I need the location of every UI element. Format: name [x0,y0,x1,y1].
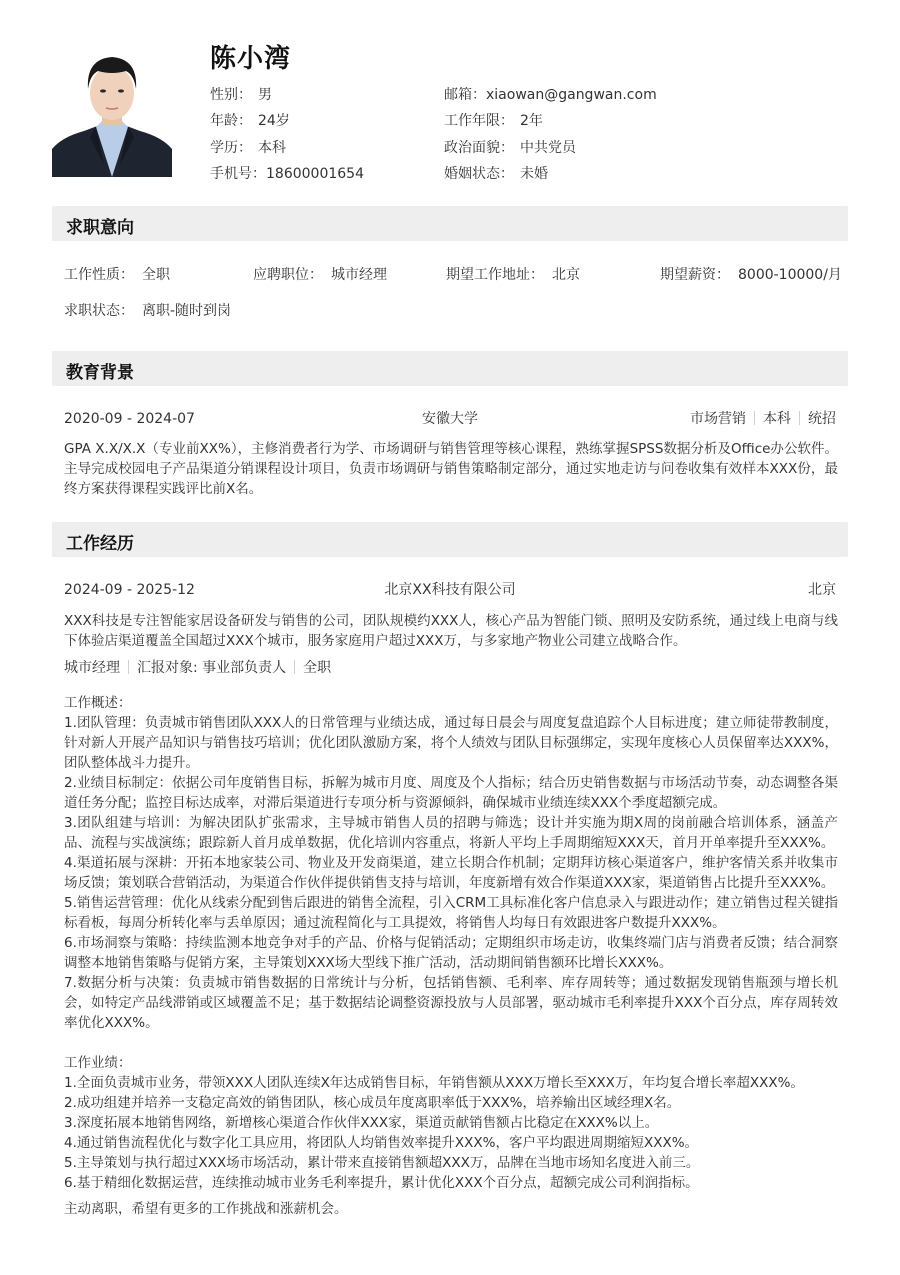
work-report-to: 汇报对象: 事业部负责人 [137,660,286,676]
work-company: 北京XX科技有限公司 [321,580,578,600]
overview-item: 7.数据分析与决策：负责城市销售数据的日常统计与分析，包括销售额、毛利率、库存周… [64,973,838,1033]
intent-value: 全职 [142,267,170,283]
section-header-work: 工作经历 [52,522,848,557]
achievement-item: 3.深度拓展本地销售网络，新增核心渠道合作伙伴XXX家，渠道贡献销售额占比稳定在… [64,1113,838,1133]
intent-status: 求职状态：离职-随时到岗 [64,301,231,321]
achievements-title: 工作业绩： [64,1053,838,1073]
info-label: 手机号： [210,166,266,182]
info-education: 学历：本科 [210,135,364,161]
info-value: 2年 [520,113,543,129]
section-header-education: 教育背景 [52,351,848,386]
divider [294,660,295,674]
education-degree: 本科 [763,411,791,427]
info-value: 未婚 [520,166,548,182]
info-value: 18600001654 [266,166,364,182]
intent-value: 8000-10000/月 [738,267,842,283]
work-employment-type: 全职 [303,660,331,676]
section-title: 求职意向 [66,213,134,238]
spacer [64,1033,838,1053]
basic-info-right: 邮箱：xiaowan@gangwan.com 工作年限：2年 政治面貌：中共党员… [444,82,657,187]
intent-label: 期望工作地址： [446,267,544,283]
info-work-years: 工作年限：2年 [444,108,657,134]
intent-value: 城市经理 [331,267,387,283]
divider [128,660,129,674]
achievement-item: 2.成功组建并培养一支稳定高效的销售团队，核心成员年度离职率低于XXX%，培养输… [64,1093,838,1113]
info-value: 中共党员 [520,140,576,156]
info-value: 男 [258,87,272,103]
info-label: 年龄： [210,113,252,129]
overview-item: 5.销售运营管理：优化从线索分配到售后跟进的销售全流程，引入CRM工具标准化客户… [64,893,838,933]
achievement-item: 4.通过销售流程优化与数字化工具应用，将团队人均销售效率提升XXX%，客户平均跟… [64,1133,838,1153]
education-header-row: 2020-09 - 2024-07 安徽大学 市场营销本科统招 [64,409,836,429]
info-label: 政治面貌： [444,140,514,156]
info-label: 婚姻状态： [444,166,514,182]
intent-label: 期望薪资： [660,267,730,283]
info-age: 年龄：24岁 [210,108,364,134]
company-intro-text: XXX科技是专注智能家居设备研发与销售的公司，团队规模约XXX人，核心产品为智能… [64,611,838,651]
work-tags: 城市经理汇报对象: 事业部负责人全职 [64,658,836,678]
candidate-name: 陈小湾 [210,38,291,75]
overview-item: 2.业绩目标制定：依据公司年度销售目标，拆解为城市月度、周度及个人指标；结合历史… [64,773,838,813]
overview-item: 3.团队组建与培训：为解决团队扩张需求，主导城市销售人员的招聘与筛选；设计并实施… [64,813,838,853]
info-value: 24岁 [258,113,290,129]
work-location: 北京 [579,580,836,600]
education-tags: 市场营销本科统招 [579,409,836,429]
resume-page: 陈小湾 性别：男 年龄：24岁 学历：本科 手机号：18600001654 邮箱… [0,0,900,1275]
info-marital-status: 婚姻状态：未婚 [444,161,657,187]
info-political-status: 政治面貌：中共党员 [444,135,657,161]
achievement-item: 6.基于精细化数据运营，连续推动城市业务毛利率提升，累计优化XXX个百分点，超额… [64,1173,838,1193]
info-label: 工作年限： [444,113,514,129]
intent-salary: 期望薪资：8000-10000/月 [660,265,842,285]
info-phone: 手机号：18600001654 [210,161,364,187]
divider [754,411,755,425]
section-title: 教育背景 [66,358,134,383]
education-period: 2020-09 - 2024-07 [64,409,321,429]
profile-photo [52,45,172,177]
leave-reason: 主动离职，希望有更多的工作挑战和涨薪机会。 [64,1199,838,1219]
intent-row-2: 求职状态：离职-随时到岗 [64,301,836,321]
intent-location: 期望工作地址：北京 [446,265,580,285]
overview-title: 工作概述： [64,693,838,713]
info-label: 邮箱： [444,87,486,103]
info-value: 本科 [258,140,286,156]
intent-label: 应聘职位： [253,267,323,283]
intent-job-type: 工作性质：全职 [64,265,170,285]
section-title: 工作经历 [66,529,134,554]
work-company-intro: XXX科技是专注智能家居设备研发与销售的公司，团队规模约XXX人，核心产品为智能… [64,611,838,651]
avatar-photo-icon [52,45,172,177]
education-description-text: GPA X.X/X.X（专业前XX%），主修消费者行为学、市场调研与销售管理等核… [64,439,838,499]
info-email: 邮箱：xiaowan@gangwan.com [444,82,657,108]
education-school: 安徽大学 [321,409,578,429]
overview-item: 4.渠道拓展与深耕：开拓本地家装公司、物业及开发商渠道，建立长期合作机制；定期拜… [64,853,838,893]
work-header-row: 2024-09 - 2025-12 北京XX科技有限公司 北京 [64,580,836,600]
achievement-item: 1.全面负责城市业务，带领XXX人团队连续X年达成销售目标，年销售额从XXX万增… [64,1073,838,1093]
overview-item: 1.团队管理：负责城市销售团队XXX人的日常管理与业绩达成，通过每日晨会与周度复… [64,713,838,773]
education-description: GPA X.X/X.X（专业前XX%），主修消费者行为学、市场调研与销售管理等核… [64,439,838,499]
work-role: 城市经理 [64,660,120,676]
intent-label: 求职状态： [64,303,134,319]
achievement-item: 5.主导策划与执行超过XXX场市场活动，累计带来直接销售额超XXX万，品牌在当地… [64,1153,838,1173]
intent-row-1: 工作性质：全职 应聘职位：城市经理 期望工作地址：北京 期望薪资：8000-10… [64,265,836,285]
info-value: xiaowan@gangwan.com [486,87,657,103]
education-enrollment-type: 统招 [808,411,836,427]
intent-value: 离职-随时到岗 [142,303,231,319]
info-label: 性别： [210,87,252,103]
work-period: 2024-09 - 2025-12 [64,580,321,600]
work-details: 工作概述： 1.团队管理：负责城市销售团队XXX人的日常管理与业绩达成，通过每日… [64,693,838,1219]
divider [799,411,800,425]
info-gender: 性别：男 [210,82,364,108]
section-header-intent: 求职意向 [52,206,848,241]
overview-item: 6.市场洞察与策略：持续监测本地竞争对手的产品、价格与促销活动；定期组织市场走访… [64,933,838,973]
basic-info-left: 性别：男 年龄：24岁 学历：本科 手机号：18600001654 [210,82,364,187]
info-label: 学历： [210,140,252,156]
intent-label: 工作性质： [64,267,134,283]
education-major: 市场营销 [690,411,746,427]
intent-position: 应聘职位：城市经理 [253,265,387,285]
intent-value: 北京 [552,267,580,283]
